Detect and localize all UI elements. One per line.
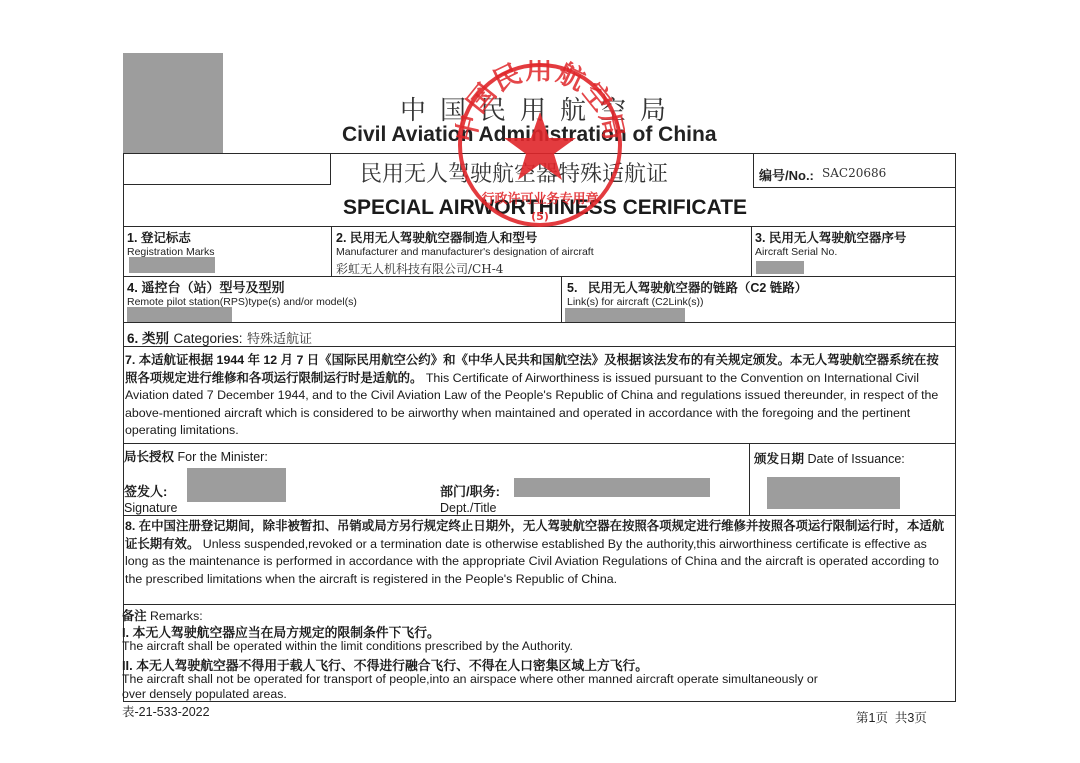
remark-1-en: The aircraft shall be operated within th…	[122, 639, 573, 653]
field-rps: 4. 遥控台（站）型号及型别 Remote pilot station(RPS)…	[127, 277, 357, 308]
signer-label-en: Signature	[124, 501, 178, 515]
issuance-date: 颁发日期 Date of Issuance:	[754, 449, 905, 467]
field-registration: 1. 登记标志 Registration Marks	[127, 228, 215, 258]
divider	[123, 443, 956, 444]
field-label-cn: 2. 民用无人驾驶航空器制造人和型号	[336, 228, 594, 246]
divider	[123, 322, 956, 323]
field-label-cn: 3. 民用无人驾驶航空器序号	[755, 228, 906, 246]
redacted-date	[767, 477, 900, 509]
field-label-cn: 1. 登记标志	[127, 228, 215, 246]
divider	[753, 153, 754, 188]
seal-number: (5)	[531, 210, 549, 223]
categories-value: 特殊适航证	[247, 332, 312, 347]
authority-line: 局长授权 For the Minister:	[124, 447, 268, 465]
form-number: 表-21-533-2022	[122, 702, 210, 720]
divider	[753, 187, 956, 188]
divider	[123, 604, 956, 605]
redacted-c2link	[565, 308, 685, 322]
remark-2-en: The aircraft shall not be operated for t…	[122, 672, 842, 702]
page-info: 第1页 共3页	[856, 708, 927, 726]
certificate-number: SAC20686	[822, 166, 886, 180]
field-c2link: 5. 民用无人驾驶航空器的链路（C2 链路） Link(s) for aircr…	[567, 278, 807, 308]
field-label-cn: 5. 民用无人驾驶航空器的链路（C2 链路）	[567, 278, 807, 296]
field-categories: 6. 类别 Categories: 特殊适航证	[127, 327, 312, 348]
field-label-cn: 6. 类别	[127, 331, 169, 346]
signer: 签发人: Signature	[124, 481, 178, 515]
field-serial: 3. 民用无人驾驶航空器序号 Aircraft Serial No.	[755, 228, 906, 258]
certificate-number-label: 编号/No.:	[759, 165, 814, 184]
date-label-en: Date of Issuance:	[808, 452, 905, 466]
redacted-serial	[756, 261, 804, 274]
clause-7: 7. 本适航证根据 1944 年 12 月 7 日《国际民用航空公约》和《中华人…	[125, 352, 947, 440]
remarks-label-cn: 备注	[122, 609, 147, 623]
department: 部门/职务: Dept./Title	[440, 481, 500, 515]
redacted-signature	[187, 468, 286, 502]
divider	[749, 443, 750, 515]
remarks-label-en: Remarks:	[150, 609, 203, 623]
divider	[123, 515, 956, 516]
field-label-en: Link(s) for aircraft (C2Link(s))	[567, 296, 807, 308]
dept-label-cn: 部门/职务:	[440, 481, 500, 500]
authority-en: For the Minister:	[178, 450, 268, 464]
field-label-en: Aircraft Serial No.	[755, 246, 906, 258]
divider	[751, 226, 752, 276]
field-label-en: Categories:	[173, 331, 242, 346]
divider	[330, 153, 331, 185]
divider	[123, 346, 956, 347]
redacted-rps	[127, 307, 232, 322]
field-manufacturer: 2. 民用无人驾驶航空器制造人和型号 Manufacturer and manu…	[336, 228, 594, 277]
seal-bottom-text: 行政许可业务专用章	[481, 191, 598, 207]
field-label-en: Manufacturer and manufacturer's designat…	[336, 246, 594, 258]
divider	[561, 276, 562, 322]
redacted-department	[514, 478, 710, 497]
clause-8-en: Unless suspended,revoked or a terminatio…	[125, 537, 939, 586]
field-label-cn: 4. 遥控台（站）型号及型别	[127, 277, 357, 296]
redacted-registration	[129, 257, 215, 273]
dept-label-en: Dept./Title	[440, 501, 500, 515]
signer-label-cn: 签发人:	[124, 481, 178, 500]
date-label-cn: 颁发日期	[754, 452, 804, 466]
authority-cn: 局长授权	[124, 450, 174, 464]
divider	[331, 226, 332, 276]
clause-8: 8. 在中国注册登记期间，除非被暂扣、吊销或局方另行规定终止日期外，无人驾驶航空…	[125, 518, 947, 588]
manufacturer-value: 彩虹无人机科技有限公司/CH-4	[336, 260, 594, 277]
official-seal-stamp: 中国民用航空局 行政许可业务专用章 (5)	[455, 60, 625, 230]
divider	[123, 184, 331, 185]
